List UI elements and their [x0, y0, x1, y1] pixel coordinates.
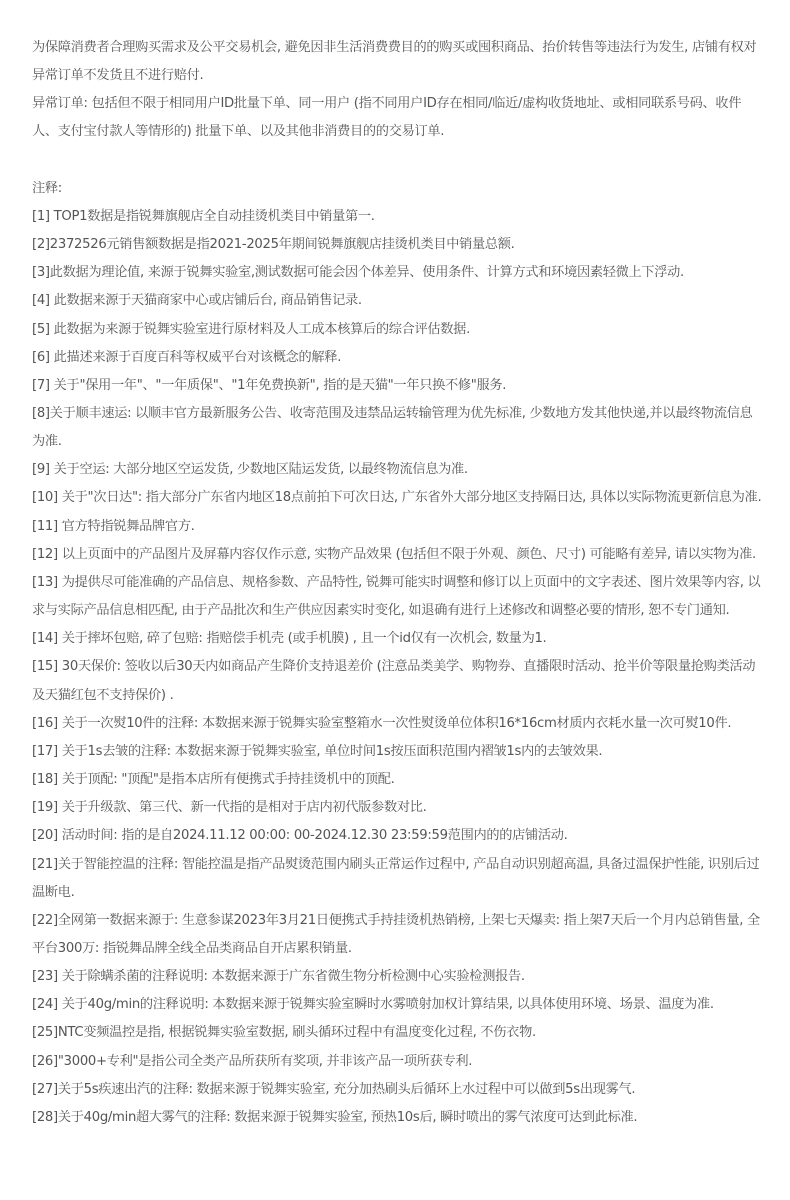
note-item: [6] 此描述来源于百度百科等权威平台对该概念的解释.	[32, 344, 762, 372]
note-item: [8]关于顺丰速运: 以顺丰官方最新服务公告、收寄范围及违禁品运转输管理为优先标…	[32, 400, 762, 456]
note-item: [5] 此数据为来源于锐舞实验室进行原材料及人工成本核算后的综合评估数据.	[32, 316, 762, 344]
note-item: [26]"3000+专利"是指公司全类产品所获所有奖项, 并非该产品一项所获专利…	[32, 1048, 762, 1076]
note-item: [12] 以上页面中的产品图片及屏幕内容仅作示意, 实物产品效果 (包括但不限于…	[32, 541, 762, 569]
note-item: [10] 关于"次日达": 指大部分广东省内地区18点前拍下可次日达, 广东省外…	[32, 484, 762, 512]
note-item: [17] 关于1s去皱的注释: 本数据来源于锐舞实验室, 单位时间1s按压面积范…	[32, 738, 762, 766]
spacer	[32, 147, 762, 175]
note-item: [27]关于5s疾速出汽的注释: 数据来源于锐舞实验室, 充分加热刷头后循环上水…	[32, 1076, 762, 1104]
note-item: [23] 关于除螨杀菌的注释说明: 本数据来源于广东省微生物分析检测中心实验检测…	[32, 963, 762, 991]
disclaimer-document: 为保障消费者合理购买需求及公平交易机会, 避免因非生活消费费目的的购买或囤积商品…	[32, 34, 762, 1132]
note-item: [20] 活动时间: 指的是自2024.11.12 00:00: 00-2024…	[32, 822, 762, 850]
notes-title: 注释:	[32, 175, 762, 203]
note-item: [21]关于智能控温的注释: 智能控温是指产品熨烫范围内刷头正常运作过程中, 产…	[32, 851, 762, 907]
note-item: [4] 此数据来源于天猫商家中心或店铺后台, 商品销售记录.	[32, 287, 762, 315]
note-item: [24] 关于40g/min的注释说明: 本数据来源于锐舞实验室瞬时水雾喷射加权…	[32, 991, 762, 1019]
note-item: [3]此数据为理论值, 来源于锐舞实验室,测试数据可能会因个体差异、使用条件、计…	[32, 259, 762, 287]
note-item: [7] 关于"保用一年"、"一年质保"、"1年免费换新", 指的是天猫"一年只换…	[32, 372, 762, 400]
note-item: [16] 关于一次熨10件的注释: 本数据来源于锐舞实验室整箱水一次性熨烫单位体…	[32, 710, 762, 738]
notes-list: [1] TOP1数据是指锐舞旗舰店全自动挂烫机类目中销量第一. [2]23725…	[32, 203, 762, 1132]
note-item: [1] TOP1数据是指锐舞旗舰店全自动挂烫机类目中销量第一.	[32, 203, 762, 231]
note-item: [19] 关于升级款、第三代、新一代指的是相对于店内初代版参数对比.	[32, 794, 762, 822]
note-item: [11] 官方特指锐舞品牌官方.	[32, 513, 762, 541]
note-item: [9] 关于空运: 大部分地区空运发货, 少数地区陆运发货, 以最终物流信息为准…	[32, 456, 762, 484]
intro-paragraph-abnormal-orders: 异常订单: 包括但不限于相同用户ID批量下单、同一用户 (指不同用户ID存在相同…	[32, 90, 762, 146]
note-item: [25]NTC变频温控是指, 根据锐舞实验室数据, 刷头循环过程中有温度变化过程…	[32, 1019, 762, 1047]
note-item: [15] 30天保价: 签收以后30天内如商品产生降价支持退差价 (注意品类美学…	[32, 653, 762, 709]
note-item: [14] 关于摔坏包赔, 碎了包赔: 指赔偿手机壳 (或手机膜) , 且一个id…	[32, 625, 762, 653]
note-item: [28]关于40g/min超大雾气的注释: 数据来源于锐舞实验室, 预热10s后…	[32, 1104, 762, 1132]
intro-paragraph-purchase-policy: 为保障消费者合理购买需求及公平交易机会, 避免因非生活消费费目的的购买或囤积商品…	[32, 34, 762, 90]
note-item: [13] 为提供尽可能准确的产品信息、规格参数、产品特性, 锐舞可能实时调整和修…	[32, 569, 762, 625]
note-item: [22]全网第一数据来源于: 生意参谋2023年3月21日便携式手持挂烫机热销榜…	[32, 907, 762, 963]
note-item: [2]2372526元销售额数据是指2021-2025年期间锐舞旗舰店挂烫机类目…	[32, 231, 762, 259]
note-item: [18] 关于顶配: "顶配"是指本店所有便携式手持挂烫机中的顶配.	[32, 766, 762, 794]
